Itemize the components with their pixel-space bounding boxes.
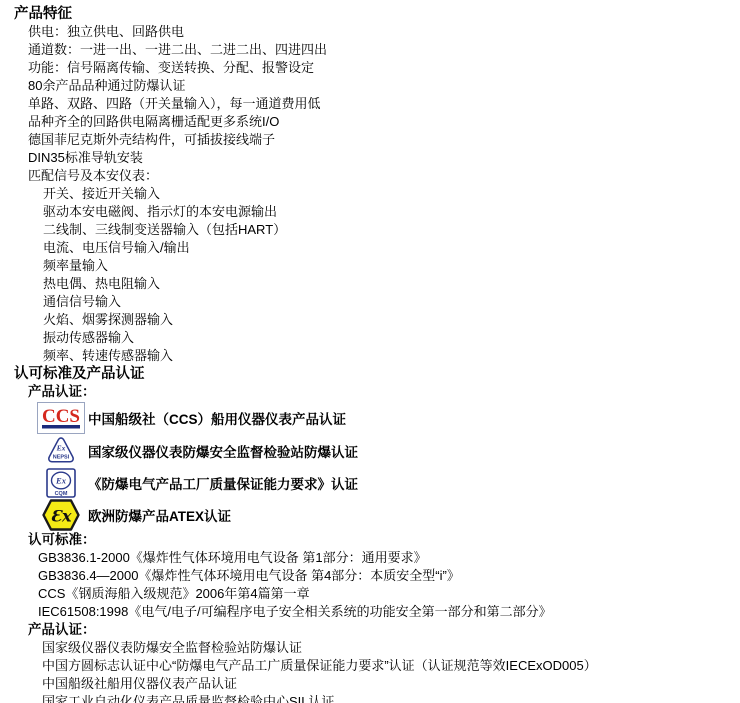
cert-row-nepsi: Ex NEPSI 国家级仪器仪表防爆安全监督检验站防爆认证 xyxy=(33,435,740,467)
feature-line: 功能：信号隔离传输、变送转换、分配、报警设定 xyxy=(28,59,740,77)
feature-line: 德国菲尼克斯外壳结构件，可插拔接线端子 xyxy=(28,131,740,149)
cert-row-cqm: Ex CQM 《防爆电气产品工厂质量保证能力要求》认证 xyxy=(33,467,740,499)
standard-line: GB3836.4—2000《爆炸性气体环境用电气设备 第4部分：本质安全型“i”… xyxy=(38,567,740,585)
standards-header: 认可标准： xyxy=(28,531,740,549)
cert-row-atex: Ɛx 欧洲防爆产品ATEX认证 xyxy=(33,499,740,531)
standard-line: GB3836.1-2000《爆炸性气体环境用电气设备 第1部分：通用要求》 xyxy=(38,549,740,567)
feature-line: 匹配信号及本安仪表： xyxy=(28,167,740,185)
svg-text:Ex: Ex xyxy=(55,476,67,486)
signal-item: 热电偶、热电阻输入 xyxy=(43,275,740,293)
signal-item: 驱动本安电磁阀、指示灯的本安电源输出 xyxy=(43,203,740,221)
signal-item: 频率量输入 xyxy=(43,257,740,275)
svg-text:CQM: CQM xyxy=(54,491,67,497)
feature-line: 单路、双路、四路（开关量输入），每一通道费用低 xyxy=(28,95,740,113)
signal-item: 振动传感器输入 xyxy=(43,329,740,347)
product-cert-line: 中国船级社船用仪器仪表产品认证 xyxy=(42,675,740,693)
logo-caption: 《防爆电气产品工厂质量保证能力要求》认证 xyxy=(88,473,358,493)
product-cert-line: 国家工业自动化仪表产品质量监督检验中心SIL认证 xyxy=(42,693,740,703)
standard-line: IEC61508:1998《电气/电子/可编程序电子安全相关系统的功能安全第一部… xyxy=(38,603,740,621)
product-cert-line: 中国方圆标志认证中心“防爆电气产品工广质量保证能力要求”认证（认证规范等效IEC… xyxy=(42,657,740,675)
feature-line: 80余产品品种通过防爆认证 xyxy=(28,77,740,95)
features-title: 产品特征 xyxy=(14,5,740,23)
product-certs-header: 产品认证： xyxy=(28,621,740,639)
signal-item: 二线制、三线制变送器输入（包括HART） xyxy=(43,221,740,239)
feature-line: 通道数：一进一出、一进二出、二进二出、四进四出 xyxy=(28,41,740,59)
signal-item: 火焰、烟雾探测器输入 xyxy=(43,311,740,329)
signal-item: 电流、电压信号输入/输出 xyxy=(43,239,740,257)
cert-row-ccs: CCS 中国船级社（CCS）船用仪器仪表产品认证 xyxy=(33,401,740,435)
ccs-logo-icon: CCS xyxy=(33,402,88,434)
svg-text:NEPSI: NEPSI xyxy=(52,455,69,461)
logo-caption: 国家级仪器仪表防爆安全监督检验站防爆认证 xyxy=(88,441,358,461)
signal-item: 开关、接近开关输入 xyxy=(43,185,740,203)
nepsi-logo-icon: Ex NEPSI xyxy=(33,436,88,466)
svg-text:Ex: Ex xyxy=(55,444,65,453)
feature-line: DIN35标准导轨安装 xyxy=(28,149,740,167)
signal-item: 频率、转速传感器输入 xyxy=(43,347,740,365)
logo-caption: 欧洲防爆产品ATEX认证 xyxy=(88,505,231,525)
svg-text:Ɛx: Ɛx xyxy=(50,507,72,526)
product-cert-header: 产品认证： xyxy=(28,383,740,401)
feature-line: 供电：独立供电、回路供电 xyxy=(28,23,740,41)
product-datasheet: 产品特征 供电：独立供电、回路供电 通道数：一进一出、一进二出、二进二出、四进四… xyxy=(0,0,740,703)
cqm-logo-icon: Ex CQM xyxy=(33,468,88,498)
standard-line: CCS《钢质海船入级规范》2006年第4篇第一章 xyxy=(38,585,740,603)
product-cert-line: 国家级仪器仪表防爆安全监督检验站防爆认证 xyxy=(42,639,740,657)
feature-line: 品种齐全的回路供电隔离栅适配更多系统I/O xyxy=(28,113,740,131)
signal-item: 通信信号输入 xyxy=(43,293,740,311)
certifications-title: 认可标准及产品认证 xyxy=(14,365,740,383)
atex-ex-logo-icon: Ɛx xyxy=(33,499,88,531)
svg-text:CCS: CCS xyxy=(41,406,79,427)
logo-caption: 中国船级社（CCS）船用仪器仪表产品认证 xyxy=(88,408,346,428)
